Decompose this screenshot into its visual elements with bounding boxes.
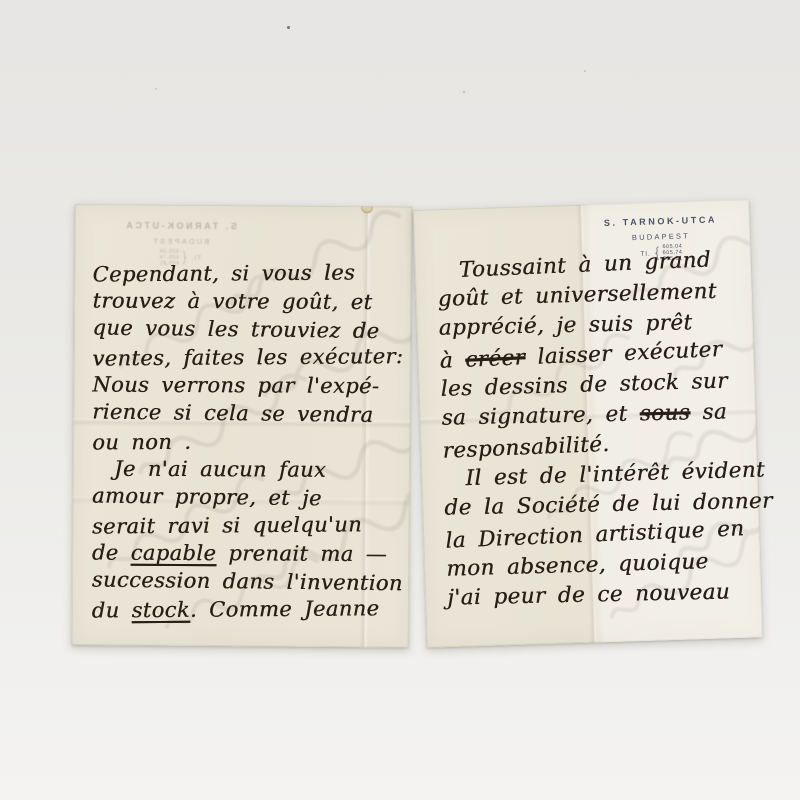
handwriting-line: de capable prenait ma — — [92, 539, 397, 569]
ghost-letterhead-city: BUDAPEST — [113, 236, 248, 246]
handwriting-segment: les dessins de stock sur — [440, 369, 728, 402]
handwriting-line: que vous les trouviez de — [92, 313, 397, 345]
handwriting-line: Nous verrons par l'expé- — [92, 371, 397, 401]
handwriting-line: serait ravi si quelqu'un — [92, 510, 397, 540]
letterhead-city: BUDAPEST — [586, 230, 736, 244]
handwriting-segment: que vous les trouviez de — [92, 315, 379, 343]
handwriting-segment: responsabilité. — [442, 432, 610, 464]
letter-page-left: S. TARNOK-UTCA BUDAPEST Tl. { 605,04 605… — [72, 204, 412, 648]
handwriting-segment: sa signature, et — [441, 401, 640, 430]
handwriting-segment: de — [92, 541, 131, 565]
dust-speck — [155, 88, 157, 90]
handwriting-segment: sous — [639, 400, 690, 426]
handwriting-segment: apprécié, je suis prêt — [438, 310, 692, 341]
handwritten-text-left: Cependant, si vous lestrouvez à votre go… — [92, 259, 398, 624]
handwriting-segment: Il est de l'intérêt évident — [465, 458, 765, 492]
handwriting-line: ou non . — [92, 426, 397, 456]
handwriting-segment: prenait ma — — [216, 541, 387, 566]
handwriting-segment: ou non . — [92, 430, 191, 455]
ghost-letterhead-street: S. TARNOK-UTCA — [113, 220, 248, 231]
handwriting-line: ventes, faites les exécuter: — [92, 342, 397, 372]
handwriting-line: du stock. Comme Jeanne — [92, 594, 397, 624]
handwriting-line: Cependant, si vous les — [92, 258, 397, 288]
photo-background: S. TARNOK-UTCA BUDAPEST Tl. { 605,04 605… — [0, 0, 800, 800]
dust-speck — [584, 70, 586, 72]
handwriting-segment: amour propre, et je — [92, 483, 322, 510]
handwritten-text-right: Toussaint à un grandgoût et universellem… — [436, 246, 752, 615]
handwriting-line: rience si cela se vendra — [92, 397, 397, 429]
handwriting-line: amour propre, et je — [92, 481, 397, 513]
handwriting-segment: rience si cela se vendra — [92, 399, 373, 426]
handwriting-segment: Nous verrons par l'expé- — [92, 373, 379, 399]
handwriting-segment: stock — [131, 598, 190, 622]
handwriting-segment: succession dans l'invention — [92, 567, 403, 595]
handwriting-segment: Cependant, si vous les — [92, 260, 355, 286]
handwriting-segment: serait ravi si quelqu'un — [92, 512, 362, 538]
handwriting-segment: laisser exécuter — [525, 337, 723, 370]
handwriting-segment: . Comme Jeanne — [190, 596, 380, 621]
handwriting-segment: mon absence, quoique — [446, 549, 709, 582]
handwriting-line: Je n'ai aucun faux — [92, 455, 397, 485]
handwriting-segment: sa — [690, 400, 727, 426]
handwriting-segment: ventes, faites les exécuter: — [92, 344, 403, 370]
handwriting-segment: créer — [465, 345, 526, 372]
handwriting-segment: Je n'ai aucun faux — [114, 457, 326, 482]
handwriting-segment: capable — [131, 541, 217, 565]
handwriting-segment: à — [439, 348, 465, 374]
letter-page-right: S. TARNOK-UTCA BUDAPEST Tl. { 605,04 605… — [413, 199, 763, 647]
handwriting-line: succession dans l'invention — [92, 565, 397, 597]
handwriting-segment: trouvez à votre goût, et — [92, 289, 372, 314]
handwriting-segment: j'ai peur de ce nouveau — [447, 579, 730, 610]
handwriting-segment: goût et universellement — [437, 279, 717, 312]
handwriting-segment: du — [92, 598, 132, 622]
handwriting-line: trouvez à votre goût, et — [92, 287, 397, 317]
dust-speck — [287, 26, 290, 29]
dust-speck — [463, 91, 465, 93]
